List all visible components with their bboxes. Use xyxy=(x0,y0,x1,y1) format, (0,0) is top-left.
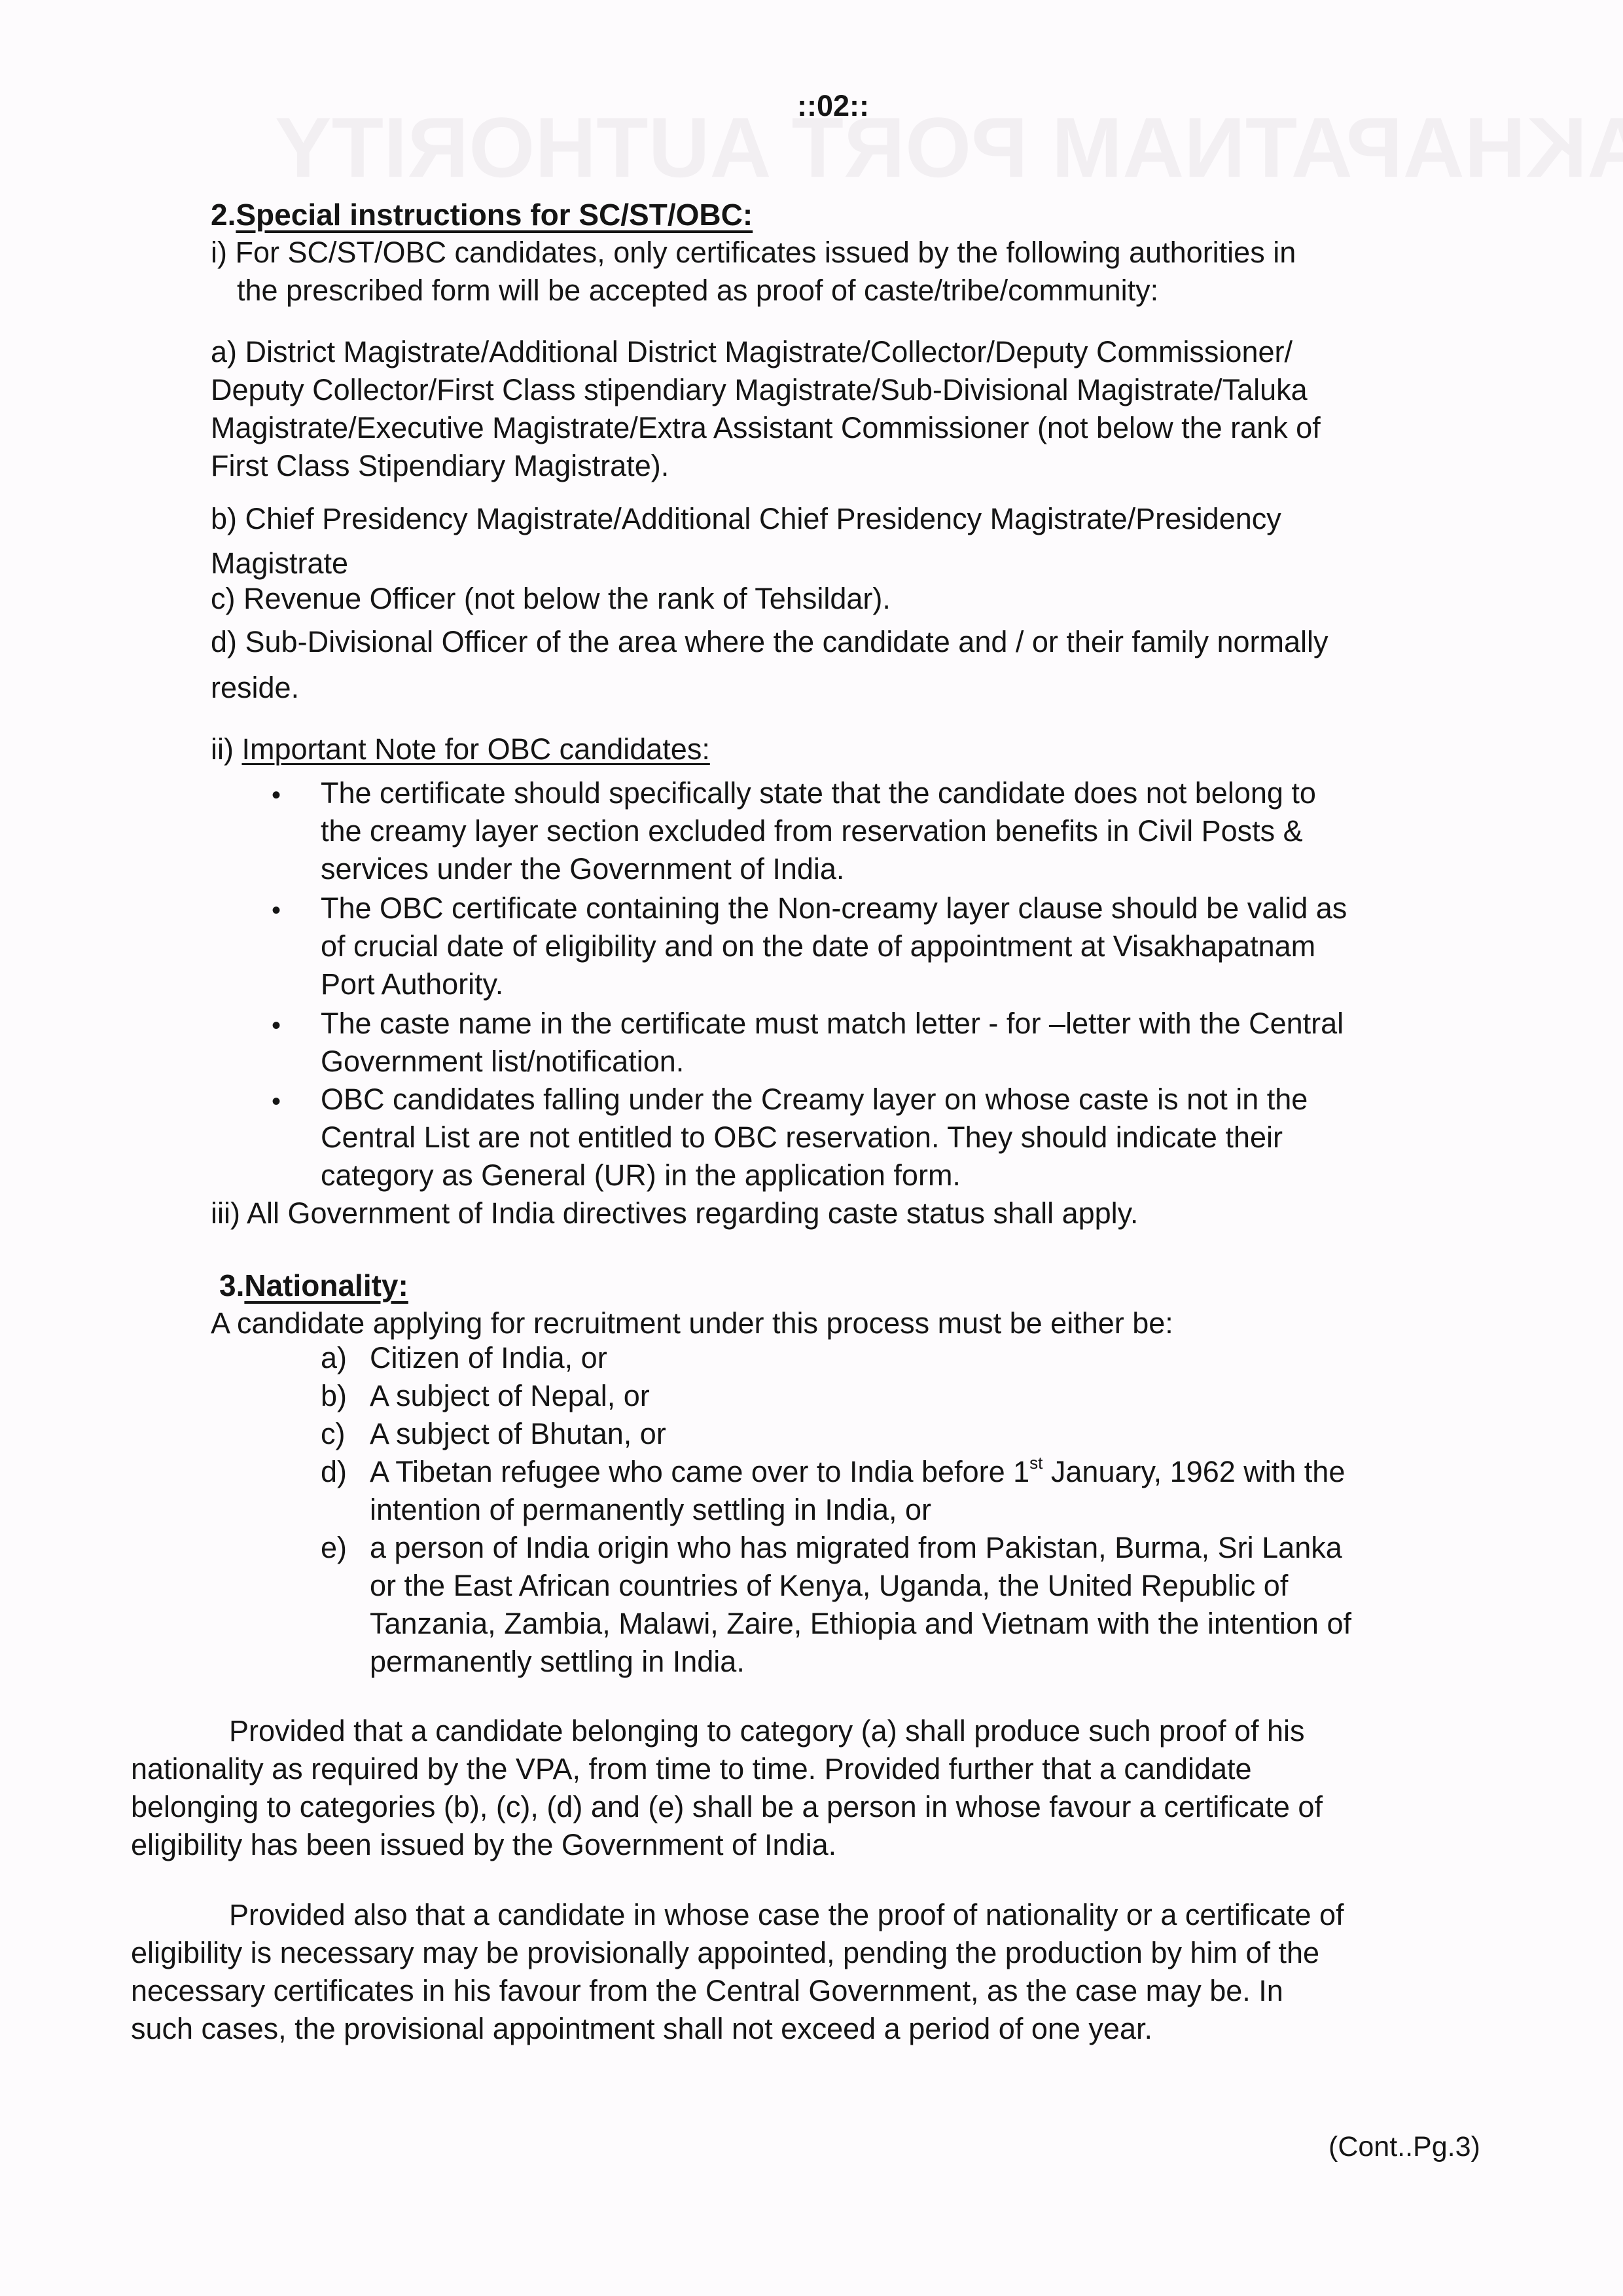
proviso-1-line2: nationality as required by the VPA, from… xyxy=(131,1749,1469,1789)
authority-a-line4: First Class Stipendiary Magistrate). xyxy=(211,446,669,486)
nationality-a: Citizen of India, or xyxy=(370,1338,607,1378)
obc-bullet-2-line2: of crucial date of eligibility and on th… xyxy=(321,927,1453,966)
nationality-e-line2: or the East African countries of Kenya, … xyxy=(370,1566,1469,1605)
authority-a-line2: Deputy Collector/First Class stipendiary… xyxy=(211,370,1308,410)
authority-a-line1: a) District Magistrate/Additional Distri… xyxy=(211,332,1293,372)
item-i-line2: the prescribed form will be accepted as … xyxy=(237,271,1158,310)
item-ii-heading: ii) Important Note for OBC candidates: xyxy=(211,730,710,769)
section-3-title: Nationality: xyxy=(244,1268,408,1302)
nationality-d-text: A Tibetan refugee who came over to India… xyxy=(370,1455,1029,1488)
obc-bullet-4-line3: category as General (UR) in the applicat… xyxy=(321,1156,961,1195)
proviso-2-line3: necessary certificates in his favour fro… xyxy=(131,1971,1469,2011)
nationality-e-label: e) xyxy=(321,1528,347,1568)
obc-bullet-3-line1: The caste name in the certificate must m… xyxy=(321,1004,1453,1043)
nationality-d-line1: A Tibetan refugee who came over to India… xyxy=(370,1452,1345,1492)
ordinal-superscript: st xyxy=(1029,1453,1043,1473)
nationality-e-line3: Tanzania, Zambia, Malawi, Zaire, Ethiopi… xyxy=(370,1604,1469,1643)
obc-bullet-1-line1: The certificate should specifically stat… xyxy=(321,774,1453,813)
obc-bullet-4-line2: Central List are not entitled to OBC res… xyxy=(321,1118,1453,1157)
obc-note-title: Important Note for OBC candidates: xyxy=(241,732,709,766)
document-page: ::02:: 2.Special instructions for SC/ST/… xyxy=(0,0,1623,2296)
authority-b-line2: Magistrate xyxy=(211,544,348,583)
bullet-icon: • xyxy=(272,896,281,925)
authority-d-line2: reside. xyxy=(211,668,299,708)
item-i-line1: i) For SC/ST/OBC candidates, only certif… xyxy=(211,233,1453,272)
section-2-heading: 2.Special instructions for SC/ST/OBC: xyxy=(211,195,753,234)
bullet-icon: • xyxy=(272,1087,281,1117)
proviso-2-line4: such cases, the provisional appointment … xyxy=(131,2009,1152,2049)
section-2-number: 2. xyxy=(211,198,236,232)
nationality-e-line4: permanently settling in India. xyxy=(370,1642,745,1681)
nationality-a-label: a) xyxy=(321,1338,347,1378)
bullet-icon: • xyxy=(272,781,281,810)
authority-c: c) Revenue Officer (not below the rank o… xyxy=(211,579,891,619)
section-3-heading: 3.Nationality: xyxy=(219,1266,408,1305)
proviso-2-line1: Provided also that a candidate in whose … xyxy=(229,1895,1344,1935)
item-ii-prefix: ii) xyxy=(211,732,241,766)
bullet-icon: • xyxy=(272,1011,281,1041)
obc-bullet-3-line2: Government list/notification. xyxy=(321,1042,684,1081)
continuation-note: (Cont..Pg.3) xyxy=(1329,2127,1480,2166)
obc-bullet-4-line1: OBC candidates falling under the Creamy … xyxy=(321,1080,1453,1119)
authority-a-line3: Magistrate/Executive Magistrate/Extra As… xyxy=(211,408,1321,448)
nationality-intro: A candidate applying for recruitment und… xyxy=(211,1304,1173,1343)
obc-bullet-2-line1: The OBC certificate containing the Non-c… xyxy=(321,889,1453,928)
nationality-d-text-cont: January, 1962 with the xyxy=(1043,1455,1345,1488)
obc-bullet-1-line3: services under the Government of India. xyxy=(321,850,844,889)
authority-b-line1: b) Chief Presidency Magistrate/Additiona… xyxy=(211,499,1281,539)
nationality-c-label: c) xyxy=(321,1414,346,1454)
nationality-d-line2: intention of permanently settling in Ind… xyxy=(370,1490,931,1530)
proviso-1-line3: belonging to categories (b), (c), (d) an… xyxy=(131,1787,1469,1827)
nationality-d-label: d) xyxy=(321,1452,347,1492)
page-number: ::02:: xyxy=(797,86,869,126)
nationality-b-label: b) xyxy=(321,1376,347,1416)
section-3-number: 3. xyxy=(219,1268,244,1302)
nationality-b: A subject of Nepal, or xyxy=(370,1376,650,1416)
obc-bullet-1-line2: the creamy layer section excluded from r… xyxy=(321,812,1453,851)
proviso-2-line2: eligibility is necessary may be provisio… xyxy=(131,1933,1469,1973)
obc-bullet-2-line3: Port Authority. xyxy=(321,965,503,1004)
nationality-e-line1: a person of India origin who has migrate… xyxy=(370,1528,1469,1568)
proviso-1-line1: Provided that a candidate belonging to c… xyxy=(229,1712,1305,1751)
nationality-c: A subject of Bhutan, or xyxy=(370,1414,666,1454)
item-iii: iii) All Government of India directives … xyxy=(211,1194,1138,1233)
proviso-1-line4: eligibility has been issued by the Gover… xyxy=(131,1825,836,1865)
authority-d-line1: d) Sub-Divisional Officer of the area wh… xyxy=(211,622,1329,662)
section-2-title: Special instructions for SC/ST/OBC: xyxy=(236,198,753,232)
